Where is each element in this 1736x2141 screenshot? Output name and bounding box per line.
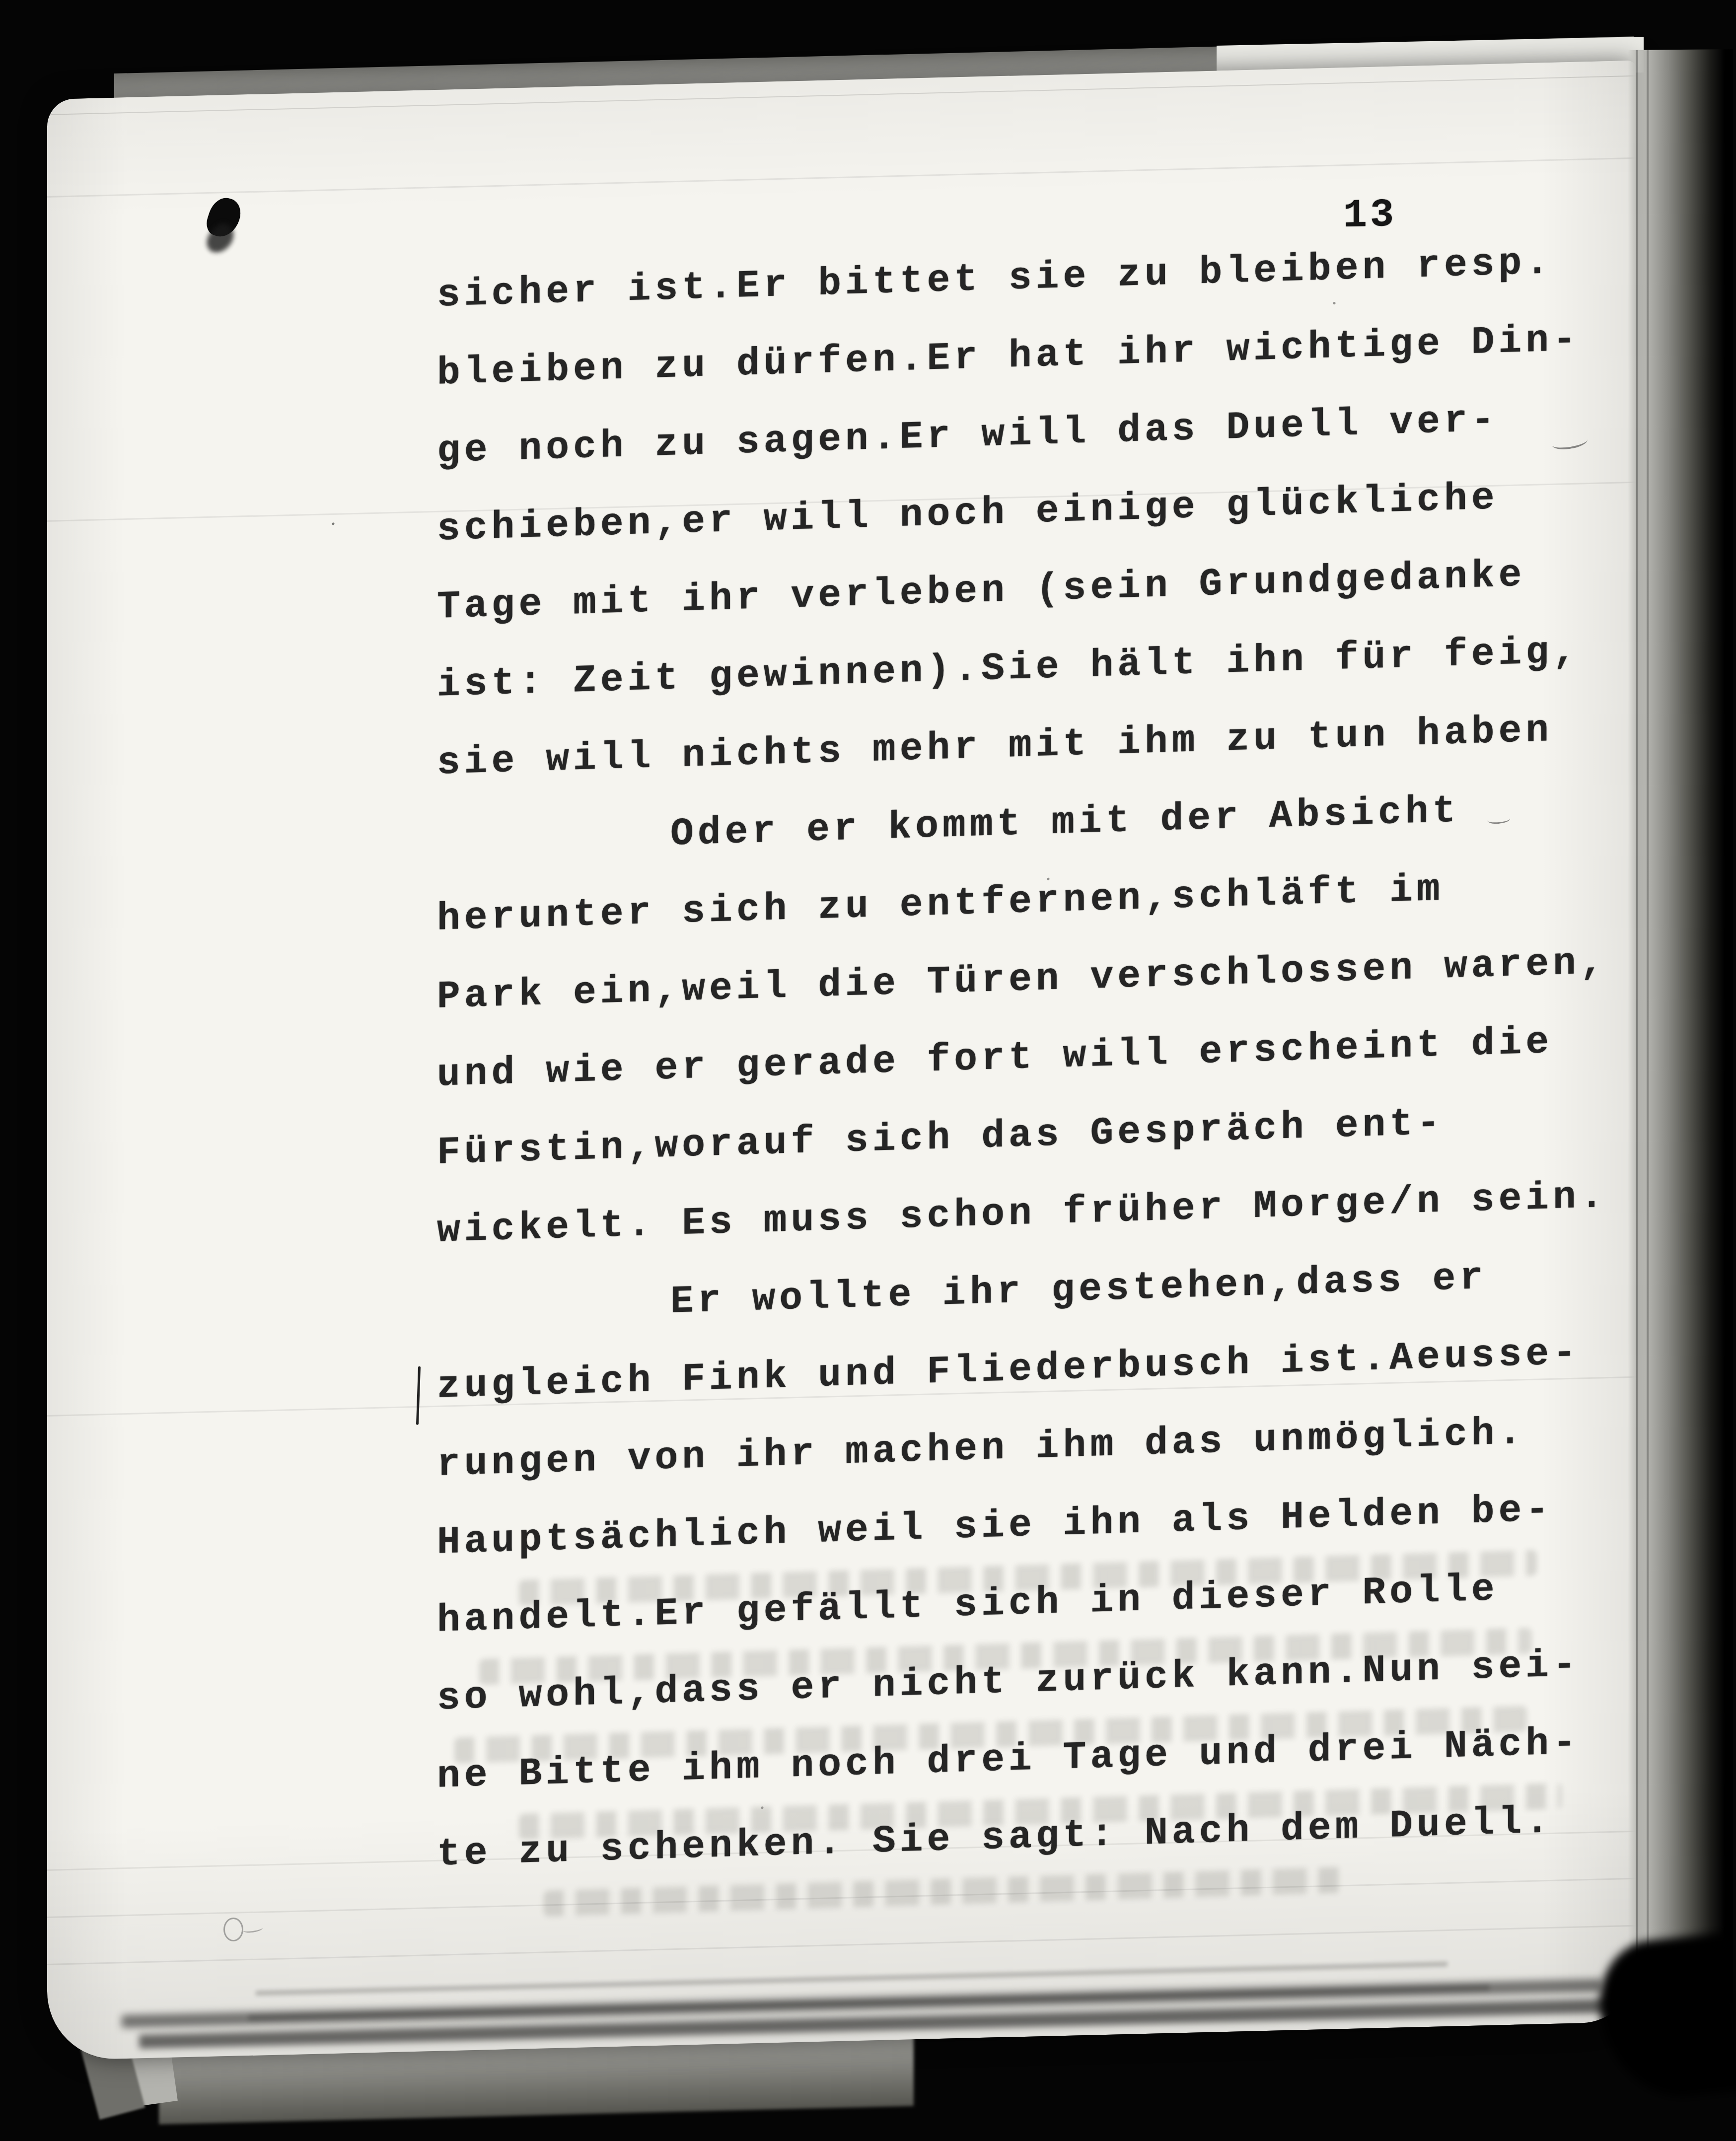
corner-shadow [1593, 1932, 1736, 2105]
pencil-mark [223, 1918, 243, 1941]
typewritten-line: rungen von ihr machen ihm das unmöglich. [437, 1411, 1525, 1487]
typewritten-line: zugleich Fink und Fliederbusch ist.Aeuss… [437, 1331, 1580, 1409]
typewritten-line: herunter sich zu entfernen,schläft im [437, 868, 1444, 941]
typewritten-line: te zu schenken. Sie sagt: Nach dem Duell… [437, 1800, 1553, 1877]
typewritten-line: so wohl,dass er nicht zurück kann.Nun se… [437, 1643, 1580, 1720]
typewritten-line: Oder er kommt mit der Absicht [670, 789, 1459, 856]
scanned-document: 13 sicher ist.Er bittet sie zu bleiben r… [0, 0, 1736, 2141]
typewritten-line: ist: Zeit gewinnen).Sie hält ihn für fei… [437, 630, 1580, 707]
typewritten-line: sie will nichts mehr mit ihm zu tun habe… [437, 709, 1553, 785]
typewritten-page: 13 sicher ist.Er bittet sie zu bleiben r… [47, 61, 1636, 2061]
typewritten-line: handelt.Er gefällt sich in dieser Rolle [437, 1568, 1499, 1642]
typewritten-line: schieben,er will noch einige glückliche [437, 476, 1499, 551]
typewritten-line: und wie er gerade fort will erscheint di… [437, 1020, 1553, 1097]
typewritten-line: wickelt. Es muss schon früher Morge/n se… [437, 1175, 1607, 1253]
typewritten-line: Er wollte ihr gestehen,dass er [670, 1256, 1487, 1324]
typewritten-line: ge noch zu sagen.Er will das Duell ver- [437, 398, 1499, 473]
typewritten-line: Tage mit ihr verleben (sein Grundgedanke [437, 554, 1525, 630]
typewritten-text: sicher ist.Er bittet sie zu bleiben resp… [47, 52, 1636, 2061]
page-stack-edge-right [1628, 49, 1733, 2004]
typewritten-line: bleiben zu dürfen.Er hat ihr wichtige Di… [437, 318, 1580, 395]
typewritten-line: Park ein,weil die Türen verschlossen war… [437, 941, 1607, 1019]
typewritten-line: Fürstin,worauf sich das Gespräch ent- [437, 1102, 1444, 1175]
typewritten-line: ne Bitte ihm noch drei Tage und drei Näc… [437, 1721, 1580, 1798]
typewritten-line: sicher ist.Er bittet sie zu bleiben resp… [437, 241, 1553, 318]
typewritten-line: Hauptsächlich weil sie ihn als Helden be… [437, 1488, 1553, 1565]
